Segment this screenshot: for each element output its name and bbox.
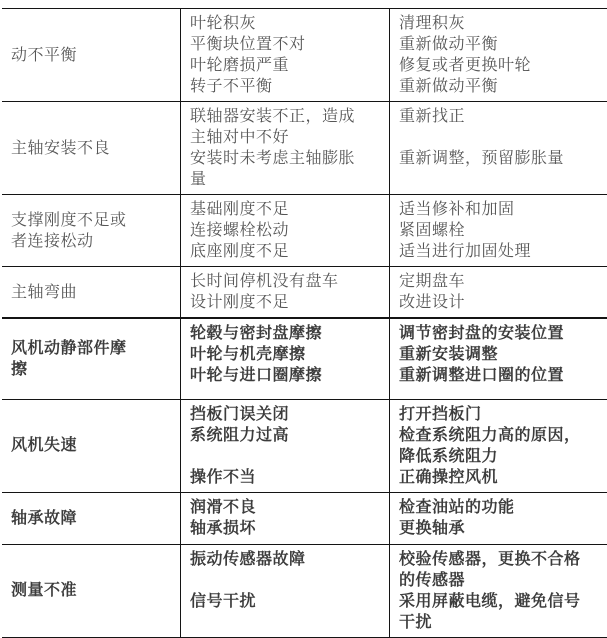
table-row: 轴承故障 润滑不良 轴承损坏 检查油站的功能 更换轴承 [2, 492, 607, 544]
fault-type-cell: 轴承故障 [2, 492, 181, 544]
solutions-cell: 定期盘车 改进设计 [390, 267, 607, 319]
fault-type-cell: 主轴弯曲 [2, 267, 181, 319]
table-row: 动不平衡 叶轮积灰 平衡块位置不对 叶轮磨损严重 转子不平衡 清理积灰 重新做动… [2, 9, 607, 102]
causes-cell: 基础刚度不足 连接螺栓松动 底座刚度不足 [181, 195, 390, 267]
causes-cell: 长时间停机没有盘车 设计刚度不足 [181, 267, 390, 319]
causes-cell: 润滑不良 轴承损坏 [181, 492, 390, 544]
solutions-cell: 适当修补和加固 紧固螺栓 适当进行加固处理 [390, 195, 607, 267]
table-row: 测量不准 振动传感器故障 信号干扰 校验传感器，更换不合格 的传感器 采用屏蔽电… [2, 544, 607, 637]
fault-type-cell: 动不平衡 [2, 9, 181, 102]
table-row: 主轴弯曲 长时间停机没有盘车 设计刚度不足 定期盘车 改进设计 [2, 267, 607, 319]
fault-type-cell: 支撑刚度不足或 者连接松动 [2, 195, 181, 267]
solutions-cell: 调节密封盘的安装位置 重新安装调整 重新调整进口圈的位置 [390, 318, 607, 399]
fault-diagnosis-table: 动不平衡 叶轮积灰 平衡块位置不对 叶轮磨损严重 转子不平衡 清理积灰 重新做动… [2, 8, 607, 638]
table-row: 主轴安装不良 联轴器安装不正，造成 主轴对中不好 安装时未考虑主轴膨胀 量 重新… [2, 102, 607, 195]
fault-type-cell: 风机失速 [2, 399, 181, 492]
causes-cell: 轮毂与密封盘摩擦 叶轮与机壳摩擦 叶轮与进口圈摩擦 [181, 318, 390, 399]
causes-cell: 挡板门误关闭 系统阻力过高 操作不当 [181, 399, 390, 492]
fault-type-cell: 主轴安装不良 [2, 102, 181, 195]
solutions-cell: 清理积灰 重新做动平衡 修复或者更换叶轮 重新做动平衡 [390, 9, 607, 102]
causes-cell: 联轴器安装不正，造成 主轴对中不好 安装时未考虑主轴膨胀 量 [181, 102, 390, 195]
table-row: 支撑刚度不足或 者连接松动 基础刚度不足 连接螺栓松动 底座刚度不足 适当修补和… [2, 195, 607, 267]
fault-type-cell: 测量不准 [2, 544, 181, 637]
causes-cell: 振动传感器故障 信号干扰 [181, 544, 390, 637]
solutions-cell: 重新找正 重新调整，预留膨胀量 [390, 102, 607, 195]
causes-cell: 叶轮积灰 平衡块位置不对 叶轮磨损严重 转子不平衡 [181, 9, 390, 102]
solutions-cell: 校验传感器，更换不合格 的传感器 采用屏蔽电缆，避免信号 干扰 [390, 544, 607, 637]
table-row: 风机失速 挡板门误关闭 系统阻力过高 操作不当 打开挡板门 检查系统阻力高的原因… [2, 399, 607, 492]
solutions-cell: 检查油站的功能 更换轴承 [390, 492, 607, 544]
fault-type-cell: 风机动静部件摩 擦 [2, 318, 181, 399]
table-row: 风机动静部件摩 擦 轮毂与密封盘摩擦 叶轮与机壳摩擦 叶轮与进口圈摩擦 调节密封… [2, 318, 607, 399]
solutions-cell: 打开挡板门 检查系统阻力高的原因， 降低系统阻力 正确操控风机 [390, 399, 607, 492]
